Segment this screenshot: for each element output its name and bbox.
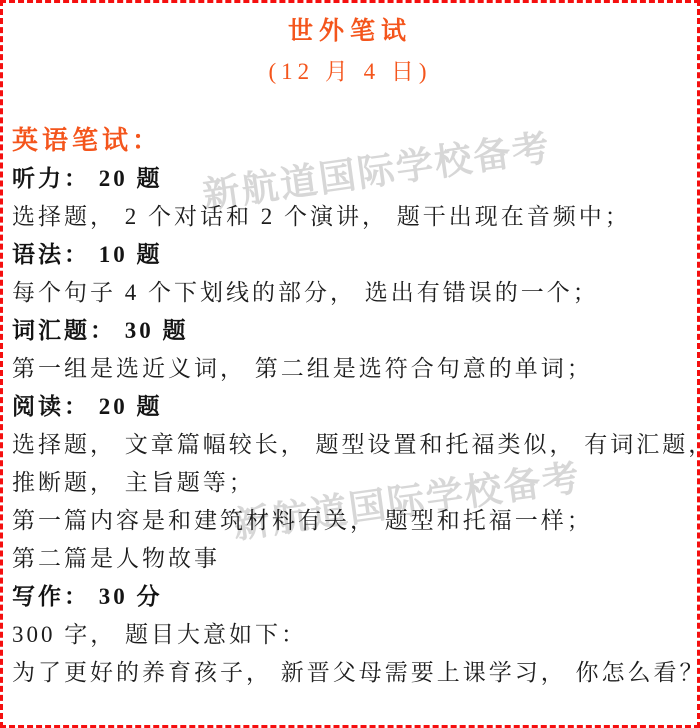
reading-description-2: 推断题， 主旨题等；: [12, 464, 691, 502]
grammar-heading: 语法： 10 题: [12, 236, 691, 274]
grammar-description: 每个句子 4 个下划线的部分， 选出有错误的一个；: [12, 274, 691, 312]
vocabulary-description: 第一组是选近义词， 第二组是选符合句意的单词；: [12, 350, 691, 388]
page-subtitle: (12 月 4 日): [3, 57, 697, 87]
listening-heading: 听力： 20 题: [12, 160, 691, 198]
listening-description: 选择题， 2 个对话和 2 个演讲， 题干出现在音频中；: [12, 198, 691, 236]
reading-passage-1: 第一篇内容是和建筑材料有关， 题型和托福一样；: [12, 502, 691, 540]
vocabulary-heading: 词汇题： 30 题: [12, 312, 691, 350]
reading-passage-2: 第二篇是人物故事: [12, 540, 691, 578]
writing-description: 300 字， 题目大意如下：: [12, 616, 691, 654]
document-header: 世外笔试 (12 月 4 日): [3, 3, 697, 87]
reading-heading: 阅读： 20 题: [12, 388, 691, 426]
page-title: 世外笔试: [3, 17, 697, 47]
document-page: 新航道国际学校备考 新航道国际学校备考 世外笔试 (12 月 4 日) 英语笔试…: [0, 0, 700, 728]
section-heading-english-written-test: 英语笔试：: [12, 122, 691, 160]
document-body: 英语笔试：听力： 20 题选择题， 2 个对话和 2 个演讲， 题干出现在音频中…: [3, 122, 697, 692]
reading-description-1: 选择题， 文章篇幅较长， 题型设置和托福类似， 有词汇题，: [12, 426, 691, 464]
writing-prompt: 为了更好的养育孩子， 新晋父母需要上课学习， 你怎么看？: [12, 654, 691, 692]
writing-heading: 写作： 30 分: [12, 578, 691, 616]
